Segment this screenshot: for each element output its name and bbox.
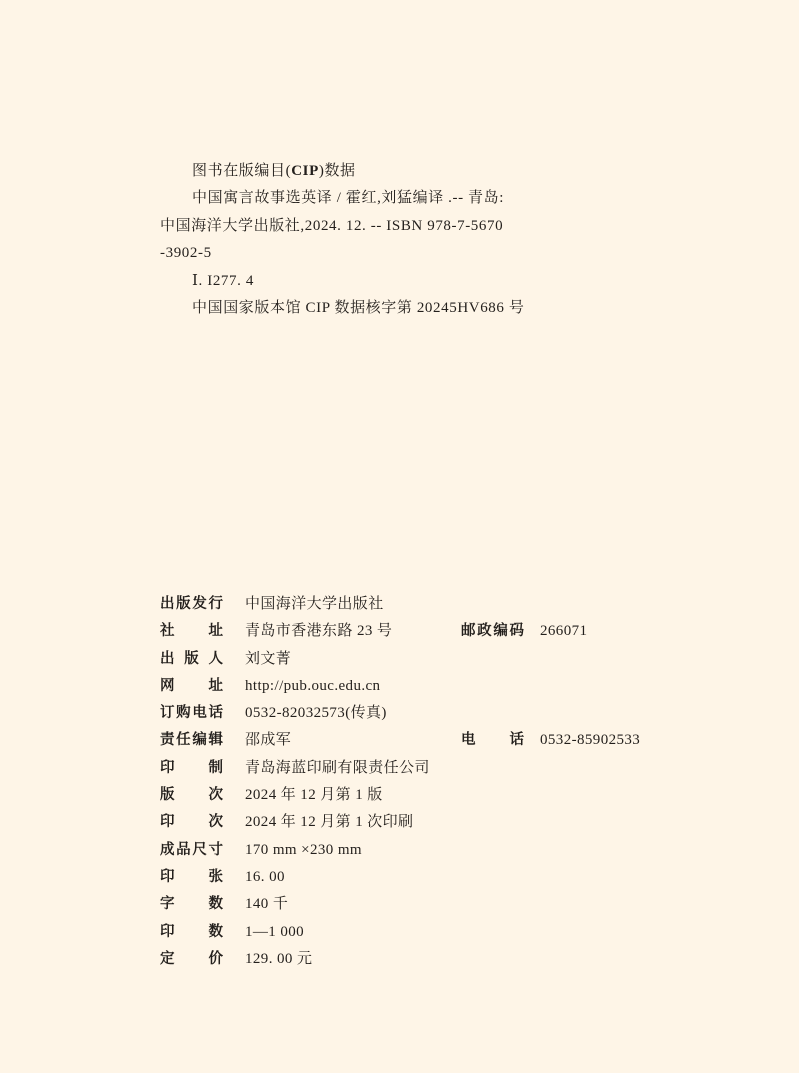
imprint-label-char: 印 — [160, 864, 175, 891]
imprint-label-char: 版 — [184, 646, 199, 673]
imprint-label-char: 任 — [176, 727, 191, 754]
imprint-value: 170 mm ×230 mm — [245, 837, 362, 864]
imprint-label-char: 寸 — [208, 837, 223, 864]
imprint-row: 社址青岛市香港东路 23 号邮政编码266071 — [160, 618, 680, 645]
imprint-label: 定价 — [160, 946, 223, 973]
imprint-value: 2024 年 12 月第 1 版 — [245, 782, 383, 809]
imprint-label-char: 址 — [209, 618, 224, 645]
cip-line-title: 中国寓言故事选英译 / 霍红,刘猛编译 .-- 青岛: — [160, 185, 560, 212]
imprint-label-char: 次 — [209, 782, 224, 809]
imprint-row: 版次2024 年 12 月第 1 版 — [160, 782, 680, 809]
imprint-label-char: 购 — [176, 700, 191, 727]
imprint-label: 出版发行 — [160, 591, 223, 618]
cip-heading-suffix: )数据 — [319, 163, 356, 179]
imprint-label: 出版人 — [160, 646, 223, 673]
imprint-label-char: 出 — [160, 646, 175, 673]
imprint-label-char: 码 — [509, 618, 524, 645]
imprint-label-char: 编 — [493, 618, 508, 645]
imprint-row: 印制青岛海蓝印刷有限责任公司 — [160, 755, 680, 782]
imprint-value: 0532-82032573(传真) — [245, 700, 387, 727]
imprint-label-char: 址 — [209, 673, 224, 700]
imprint-label-char: 定 — [160, 946, 175, 973]
imprint-value: http://pub.ouc.edu.cn — [245, 673, 380, 700]
imprint-value: 16. 00 — [245, 864, 285, 891]
imprint-label-char: 人 — [209, 646, 224, 673]
imprint-label-char: 品 — [176, 837, 191, 864]
cip-heading-bold: CIP — [291, 163, 319, 179]
imprint-label-char: 行 — [208, 591, 223, 618]
imprint-label-char: 辑 — [208, 727, 223, 754]
imprint-label-char: 责 — [160, 727, 175, 754]
imprint-secondary-label: 邮政编码 — [461, 618, 524, 645]
imprint-label-char: 版 — [160, 782, 175, 809]
imprint-label-char: 编 — [192, 727, 207, 754]
imprint-row: 印张16. 00 — [160, 864, 680, 891]
imprint-label-char: 电 — [192, 700, 207, 727]
imprint-label: 网址 — [160, 673, 223, 700]
imprint-value: 2024 年 12 月第 1 次印刷 — [245, 809, 413, 836]
imprint-row: 印次2024 年 12 月第 1 次印刷 — [160, 809, 680, 836]
imprint-secondary-label: 电话 — [461, 727, 524, 754]
imprint-label-char: 出 — [160, 591, 175, 618]
cip-line-classification: Ⅰ. I277. 4 — [160, 268, 560, 295]
imprint-label: 成品尺寸 — [160, 837, 223, 864]
imprint-label-char: 制 — [209, 755, 224, 782]
imprint-label-char: 发 — [192, 591, 207, 618]
imprint-label-char: 张 — [209, 864, 224, 891]
imprint-row: 订购电话0532-82032573(传真) — [160, 700, 680, 727]
imprint-value: 青岛市香港东路 23 号 — [245, 618, 392, 645]
cip-line-publisher: 中国海洋大学出版社,2024. 12. -- ISBN 978-7-5670 — [160, 213, 560, 240]
imprint-value: 中国海洋大学出版社 — [245, 591, 384, 618]
imprint-label-char: 数 — [209, 891, 224, 918]
imprint-label-char: 次 — [209, 809, 224, 836]
imprint-table: 出版发行中国海洋大学出版社社址青岛市香港东路 23 号邮政编码266071出版人… — [160, 591, 680, 973]
imprint-label-char: 网 — [160, 673, 175, 700]
imprint-label: 版次 — [160, 782, 223, 809]
imprint-value: 邵成军 — [245, 727, 291, 754]
imprint-label: 印张 — [160, 864, 223, 891]
imprint-row: 印数1—1 000 — [160, 919, 680, 946]
imprint-label-char: 话 — [208, 700, 223, 727]
imprint-label: 订购电话 — [160, 700, 223, 727]
cip-heading: 图书在版编目(CIP)数据 — [160, 158, 560, 185]
imprint-label-char: 印 — [160, 919, 175, 946]
imprint-label-char: 邮 — [461, 618, 476, 645]
imprint-label-char: 社 — [160, 618, 175, 645]
imprint-row: 成品尺寸170 mm ×230 mm — [160, 837, 680, 864]
cip-data-block: 图书在版编目(CIP)数据 中国寓言故事选英译 / 霍红,刘猛编译 .-- 青岛… — [160, 158, 560, 322]
imprint-row: 出版人刘文菁 — [160, 646, 680, 673]
cip-line-record-number: 中国国家版本馆 CIP 数据核字第 20245HV686 号 — [160, 295, 560, 322]
cip-line-isbn-tail: -3902-5 — [160, 240, 560, 267]
imprint-label-char: 话 — [510, 727, 525, 754]
imprint-value: 129. 00 元 — [245, 946, 312, 973]
imprint-row: 出版发行中国海洋大学出版社 — [160, 591, 680, 618]
imprint-row: 责任编辑邵成军电话0532-85902533 — [160, 727, 680, 754]
imprint-label: 社址 — [160, 618, 223, 645]
imprint-label: 印制 — [160, 755, 223, 782]
imprint-label-char: 印 — [160, 755, 175, 782]
imprint-label-char: 价 — [209, 946, 224, 973]
imprint-label: 印数 — [160, 919, 223, 946]
imprint-label-char: 版 — [176, 591, 191, 618]
imprint-label: 责任编辑 — [160, 727, 223, 754]
imprint-row: 字数140 千 — [160, 891, 680, 918]
imprint-label-char: 订 — [160, 700, 175, 727]
imprint-value: 刘文菁 — [245, 646, 291, 673]
imprint-label: 字数 — [160, 891, 223, 918]
imprint-row: 定价129. 00 元 — [160, 946, 680, 973]
imprint-secondary-value: 266071 — [540, 618, 587, 645]
imprint-value: 140 千 — [245, 891, 288, 918]
cip-heading-prefix: 图书在版编目( — [192, 163, 291, 179]
imprint-value: 青岛海蓝印刷有限责任公司 — [245, 755, 430, 782]
imprint-label-char: 尺 — [192, 837, 207, 864]
imprint-label-char: 印 — [160, 809, 175, 836]
imprint-label-char: 电 — [461, 727, 476, 754]
imprint-secondary-value: 0532-85902533 — [540, 727, 640, 754]
imprint-label-char: 数 — [209, 919, 224, 946]
imprint-row: 网址http://pub.ouc.edu.cn — [160, 673, 680, 700]
imprint-label-char: 成 — [160, 837, 175, 864]
imprint-label-char: 字 — [160, 891, 175, 918]
imprint-label-char: 政 — [477, 618, 492, 645]
imprint-value: 1—1 000 — [245, 919, 304, 946]
imprint-label: 印次 — [160, 809, 223, 836]
